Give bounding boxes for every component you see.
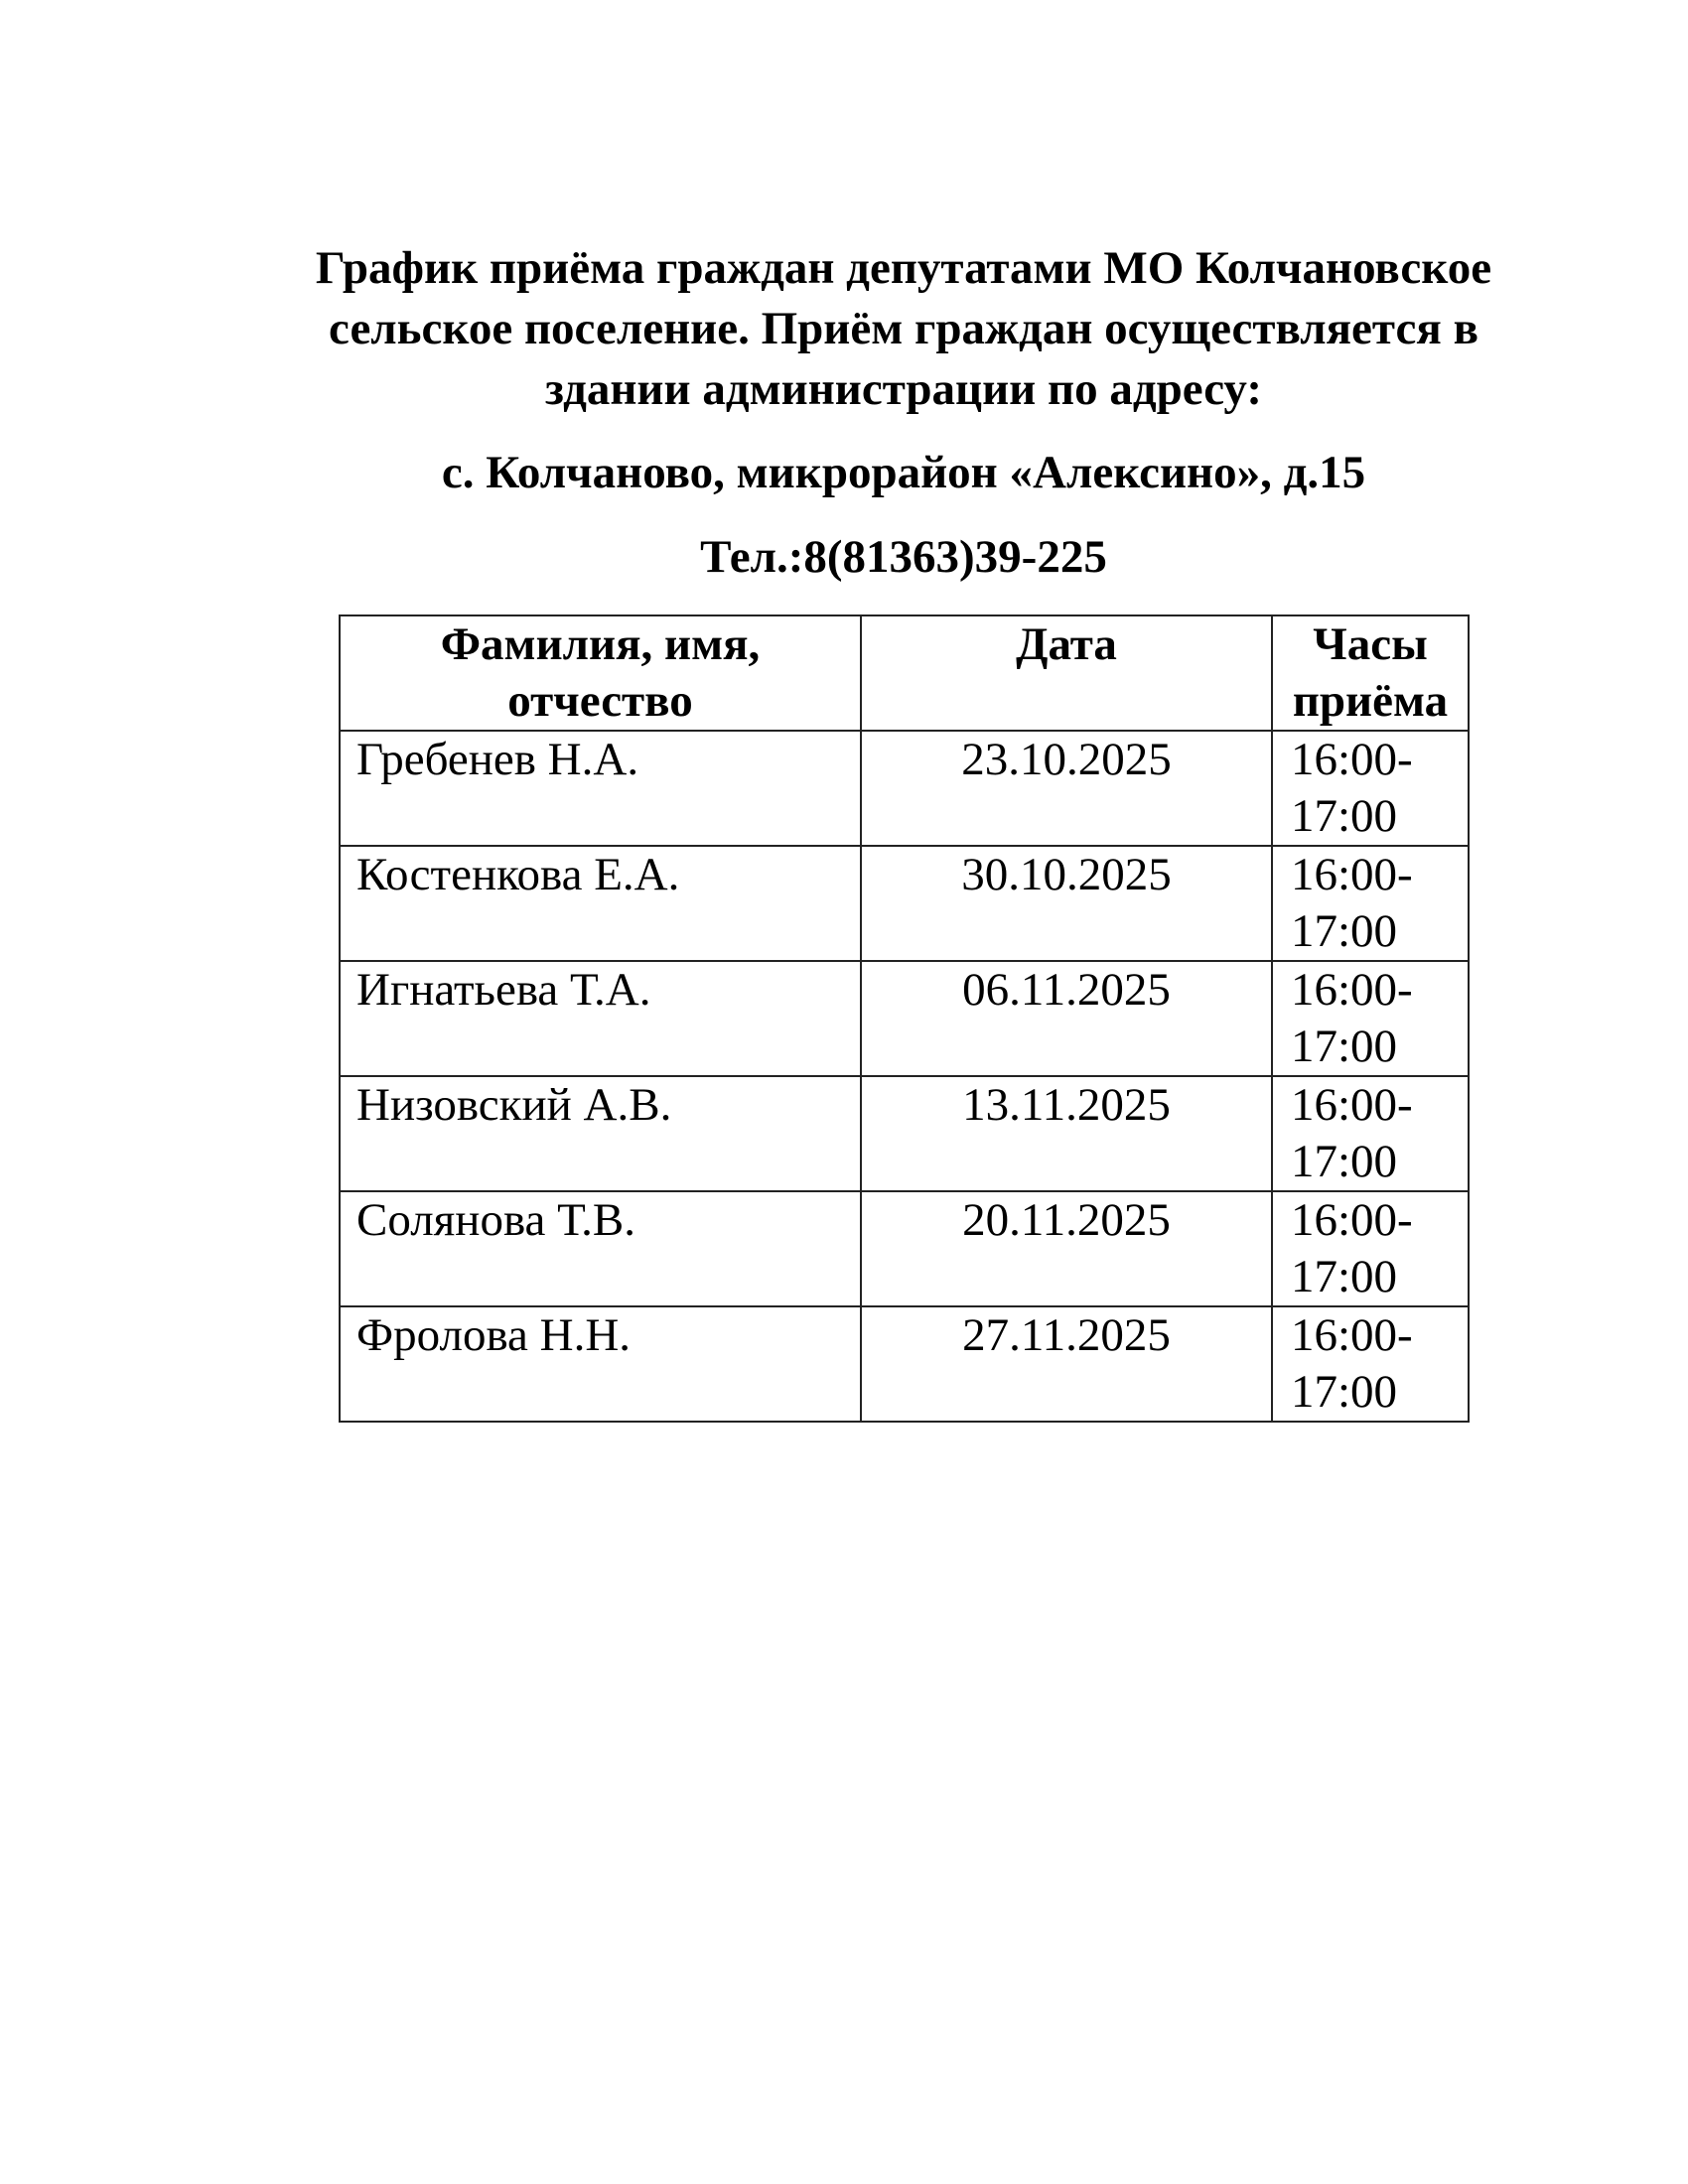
table-header-row: Фамилия, имя, отчество Дата Часы приёма (340, 615, 1469, 731)
table-row: Фролова Н.Н.27.11.202516:00-17:00 (340, 1306, 1469, 1422)
table-row: Низовский А.В.13.11.202516:00-17:00 (340, 1076, 1469, 1191)
table-row: Костенкова Е.А.30.10.202516:00-17:00 (340, 846, 1469, 961)
hours-from: 16:00- (1291, 1077, 1468, 1134)
title-line: здании администрации по адресу: (258, 359, 1549, 420)
deputy-name-cell: Солянова Т.В. (340, 1191, 861, 1306)
header-hours: Часы приёма (1272, 615, 1469, 731)
deputy-name-cell: Гребенев Н.А. (340, 731, 861, 846)
title-line: сельское поселение. Приём граждан осущес… (258, 299, 1549, 359)
date-cell: 06.11.2025 (861, 961, 1272, 1076)
deputy-name-cell: Костенкова Е.А. (340, 846, 861, 961)
date-cell: 27.11.2025 (861, 1306, 1272, 1422)
hours-from: 16:00- (1291, 962, 1468, 1019)
table-row: Солянова Т.В.20.11.202516:00-17:00 (340, 1191, 1469, 1306)
date-cell: 30.10.2025 (861, 846, 1272, 961)
hours-from: 16:00- (1291, 1307, 1468, 1364)
deputy-name-cell: Игнатьева Т.А. (340, 961, 861, 1076)
hours-to: 17:00 (1291, 1364, 1468, 1421)
hours-to: 17:00 (1291, 903, 1468, 960)
hours-cell: 16:00-17:00 (1272, 961, 1469, 1076)
hours-cell: 16:00-17:00 (1272, 846, 1469, 961)
table-row: Гребенев Н.А.23.10.202516:00-17:00 (340, 731, 1469, 846)
header-date: Дата (861, 615, 1272, 731)
table-row: Игнатьева Т.А.06.11.202516:00-17:00 (340, 961, 1469, 1076)
header-full-name: Фамилия, имя, отчество (340, 615, 861, 731)
deputy-name-cell: Низовский А.В. (340, 1076, 861, 1191)
hours-from: 16:00- (1291, 1192, 1468, 1249)
address-line: с. Колчаново, микрорайон «Алексино», д.1… (258, 443, 1549, 503)
hours-from: 16:00- (1291, 732, 1468, 788)
hours-cell: 16:00-17:00 (1272, 1076, 1469, 1191)
hours-from: 16:00- (1291, 847, 1468, 903)
title-line: График приёма граждан депутатами МО Колч… (258, 238, 1549, 299)
hours-cell: 16:00-17:00 (1272, 731, 1469, 846)
date-cell: 20.11.2025 (861, 1191, 1272, 1306)
hours-to: 17:00 (1291, 1019, 1468, 1075)
phone-line: Тел.:8(81363)39-225 (258, 527, 1549, 588)
document-title: График приёма граждан депутатами МО Колч… (258, 238, 1549, 420)
hours-to: 17:00 (1291, 1249, 1468, 1305)
deputy-name-cell: Фролова Н.Н. (340, 1306, 861, 1422)
date-cell: 23.10.2025 (861, 731, 1272, 846)
hours-to: 17:00 (1291, 788, 1468, 845)
hours-cell: 16:00-17:00 (1272, 1191, 1469, 1306)
hours-to: 17:00 (1291, 1134, 1468, 1190)
hours-cell: 16:00-17:00 (1272, 1306, 1469, 1422)
reception-schedule-table: Фамилия, имя, отчество Дата Часы приёма … (339, 614, 1470, 1423)
date-cell: 13.11.2025 (861, 1076, 1272, 1191)
